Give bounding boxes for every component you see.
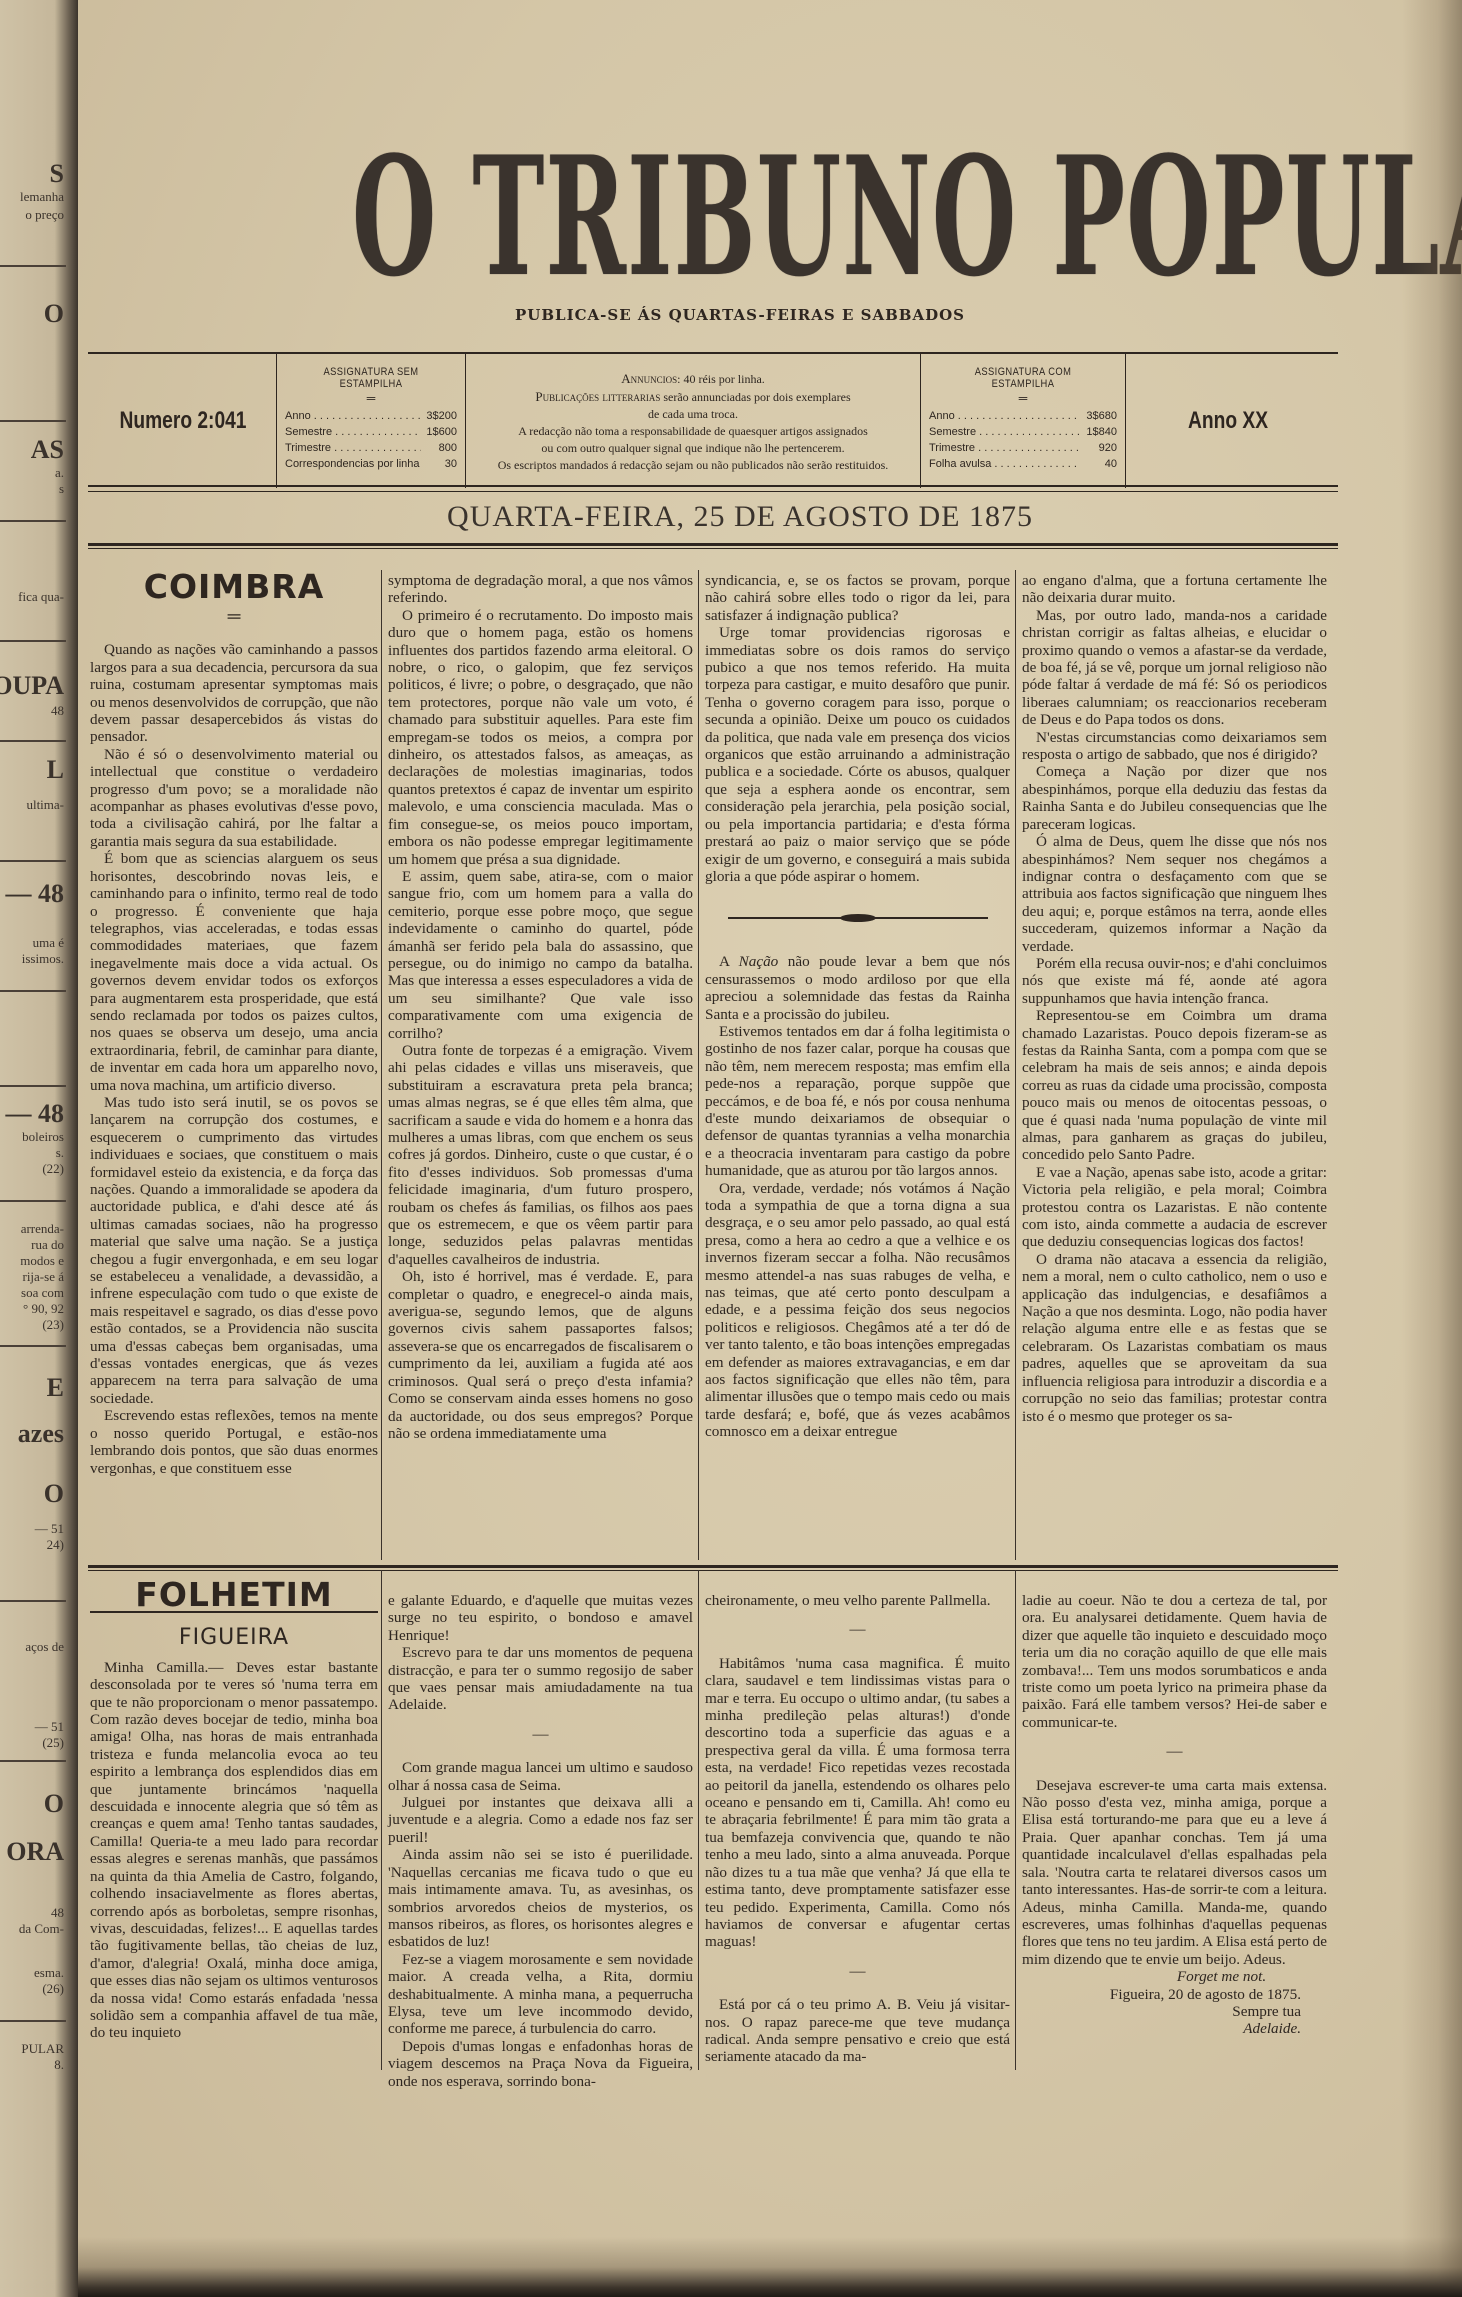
adjacent-page-rule (0, 520, 66, 522)
adjacent-page-strip: Slemanhao preçoOASa.sfica qua-OUPA48Lult… (0, 0, 78, 2297)
adjacent-page-fragment: o preço (25, 208, 64, 222)
letter-dateline: Figueira, 20 de agosto de 1875. (1022, 1986, 1327, 2003)
postscript: Forget me not. (1177, 1968, 1266, 1985)
adjacent-page-rule (0, 2020, 66, 2022)
adjacent-page-fragment: s. (56, 1146, 64, 1160)
double-rule-mark: ═ (929, 392, 1117, 404)
adjacent-page-rule (0, 860, 66, 862)
folhetim-column-1: FOLHETIM FIGUEIRA Minha Camilla.— Deves … (90, 1580, 378, 2042)
adjacent-page-fragment: 8. (54, 2058, 64, 2072)
adjacent-page-fragment: a. (55, 466, 64, 480)
adjacent-page-fragment: lemanha (20, 190, 64, 204)
article-title: COIMBRA (90, 578, 378, 595)
adjacent-page-rule (0, 990, 66, 992)
column-rule (381, 1570, 382, 2070)
adjacent-page-fragment: AS (31, 436, 64, 464)
price-row: Folha avulsa40 (929, 456, 1117, 472)
price-row: Semestre1$600 (285, 424, 457, 440)
masthead: O TRIBUNO POPULAR (140, 128, 1340, 298)
adjacent-page-fragment: 48 (51, 1906, 64, 1920)
adjacent-page-rule (0, 420, 66, 422)
adjacent-page-fragment: L (47, 756, 64, 784)
folhetim-column-2: e galante Eduardo, e d'aquelle que muita… (388, 1592, 693, 2090)
column-rule (698, 1570, 699, 2070)
adjacent-page-fragment: rua do (31, 1238, 64, 1252)
adjacent-page-rule (0, 265, 66, 267)
date-rule (88, 543, 1338, 549)
adjacent-page-rule (0, 740, 66, 742)
letter-signature: Adelaide. (1243, 2020, 1301, 2037)
folhetim-title: FOLHETIM (90, 1586, 378, 1603)
price-row: Anno3$680 (929, 408, 1117, 424)
adjacent-page-fragment: azes (18, 1420, 64, 1448)
ornamental-divider (728, 913, 988, 923)
dash-divider: — (705, 1963, 1010, 1980)
adjacent-page-rule (0, 1200, 66, 1202)
dash-divider: — (1022, 1743, 1327, 1760)
page-edge-shadow (1402, 0, 1462, 2297)
adjacent-page-fragment: fica qua- (18, 590, 64, 604)
article-column-4: ao engano d'alma, que a fortuna certamen… (1022, 572, 1327, 1425)
price-row: Semestre1$840 (929, 424, 1117, 440)
double-rule-mark: ═ (285, 392, 457, 404)
folhetim-column-3: cheironamente, o meu velho parente Pallm… (705, 1592, 1010, 2066)
adjacent-page-fragment: (23) (42, 1318, 64, 1332)
adjacent-page-fragment: soa com (21, 1286, 64, 1300)
adjacent-page-fragment: — 48 (6, 880, 65, 908)
adjacent-page-fragment: ORA (6, 1838, 64, 1866)
adjacent-page-fragment: ultima- (26, 798, 64, 812)
adjacent-page-fragment: boleiros (22, 1130, 64, 1144)
issue-date: QUARTA-FEIRA, 25 DE AGOSTO DE 1875 (140, 500, 1340, 534)
folhetim-column-4: ladie au coeur. Não te dou a certeza de … (1022, 1592, 1327, 2038)
adjacent-page-fragment: O (44, 1790, 64, 1818)
newspaper-title: O TRIBUNO POPULAR (352, 128, 1462, 307)
adjacent-page-rule (0, 1760, 66, 1762)
adjacent-page-fragment: uma é (33, 936, 64, 950)
article-column-3: syndicancia, e, se os factos se provam, … (705, 572, 1010, 1441)
dash-divider: — (388, 1726, 693, 1743)
adjacent-page-fragment: 24) (47, 1538, 64, 1552)
adjacent-page-fragment: O (44, 1480, 64, 1508)
adjacent-page-fragment: E (47, 1374, 64, 1402)
adjacent-page-rule (0, 1345, 66, 1347)
volume-year: Anno XX (1148, 354, 1308, 488)
adjacent-page-fragment: da Com- (19, 1922, 64, 1936)
price-row: Anno3$200 (285, 408, 457, 424)
adjacent-page-fragment: rija-se á (22, 1270, 64, 1284)
column-rule (1015, 570, 1016, 1560)
article-column-1: COIMBRA ═ Quando as nações vão caminhand… (90, 572, 378, 1477)
adjacent-page-fragment: — 51 (35, 1522, 64, 1536)
adjacent-page-rule (0, 1085, 66, 1087)
adjacent-page-rule (0, 640, 66, 642)
dash-divider: — (705, 1621, 1010, 1638)
page-bottom-edge (78, 2237, 1462, 2297)
subscription-with-stamp: ASSIGNATURA COM ESTAMPILHA ═ Anno3$680 S… (920, 354, 1126, 488)
issue-number: Numero 2:041 (107, 354, 259, 488)
publication-schedule: PUBLICA-SE ÁS QUARTAS-FEIRAS E SABBADOS (140, 306, 1340, 324)
price-row: Trimestre920 (929, 440, 1117, 456)
folhetim-separator (88, 1565, 1338, 1571)
double-rule-mark: ═ (90, 609, 378, 623)
adjacent-page-fragment: — 51 (35, 1720, 64, 1734)
adjacent-page-fragment: arrenda- (21, 1222, 64, 1236)
newspaper-page: O TRIBUNO POPULAR PUBLICA-SE ÁS QUARTAS-… (78, 0, 1462, 2297)
adjacent-page-fragment: 48 (51, 704, 64, 718)
price-row: Trimestre800 (285, 440, 457, 456)
letter-closing: Sempre tua (1022, 2003, 1327, 2020)
subscription-without-stamp: ASSIGNATURA SEM ESTAMPILHA ═ Anno3$200 S… (276, 354, 466, 488)
subscription-info-band: Numero 2:041 ASSIGNATURA SEM ESTAMPILHA … (88, 352, 1338, 492)
adjacent-page-fragment: esma. (34, 1966, 64, 1980)
adjacent-page-fragment: issimos. (22, 952, 64, 966)
adjacent-page-fragment: aços de (25, 1640, 64, 1654)
price-row: Correspondencias por linha30 (285, 456, 457, 472)
adjacent-page-fragment: OUPA (0, 672, 64, 700)
column-rule (381, 570, 382, 1560)
adjacent-page-fragment: s (59, 482, 64, 496)
adjacent-page-fragment: (25) (42, 1736, 64, 1750)
adjacent-page-fragment: PULAR (21, 2042, 64, 2056)
article-column-2: symptoma de degradação moral, a que nos … (388, 572, 693, 1442)
adjacent-page-fragment: S (50, 160, 64, 188)
adjacent-page-fragment: (22) (42, 1162, 64, 1176)
adjacent-page-fragment: O (44, 300, 64, 328)
subscription-heading: ASSIGNATURA COM ESTAMPILHA (943, 366, 1103, 390)
adjacent-page-rule (0, 1600, 66, 1602)
subscription-heading: ASSIGNATURA SEM ESTAMPILHA (298, 366, 444, 390)
column-rule (698, 570, 699, 1560)
adjacent-page-fragment: (26) (42, 1982, 64, 1996)
adjacent-page-fragment: — 48 (6, 1100, 65, 1128)
adjacent-page-fragment: modos e (20, 1254, 64, 1268)
column-rule (1015, 1570, 1016, 2070)
folhetim-subtitle: FIGUEIRA (90, 1629, 378, 1646)
advertising-terms: Annuncios: 40 réis por linha. Publicaçõe… (468, 354, 918, 488)
adjacent-page-fragment: ° 90, 92 (23, 1302, 64, 1316)
